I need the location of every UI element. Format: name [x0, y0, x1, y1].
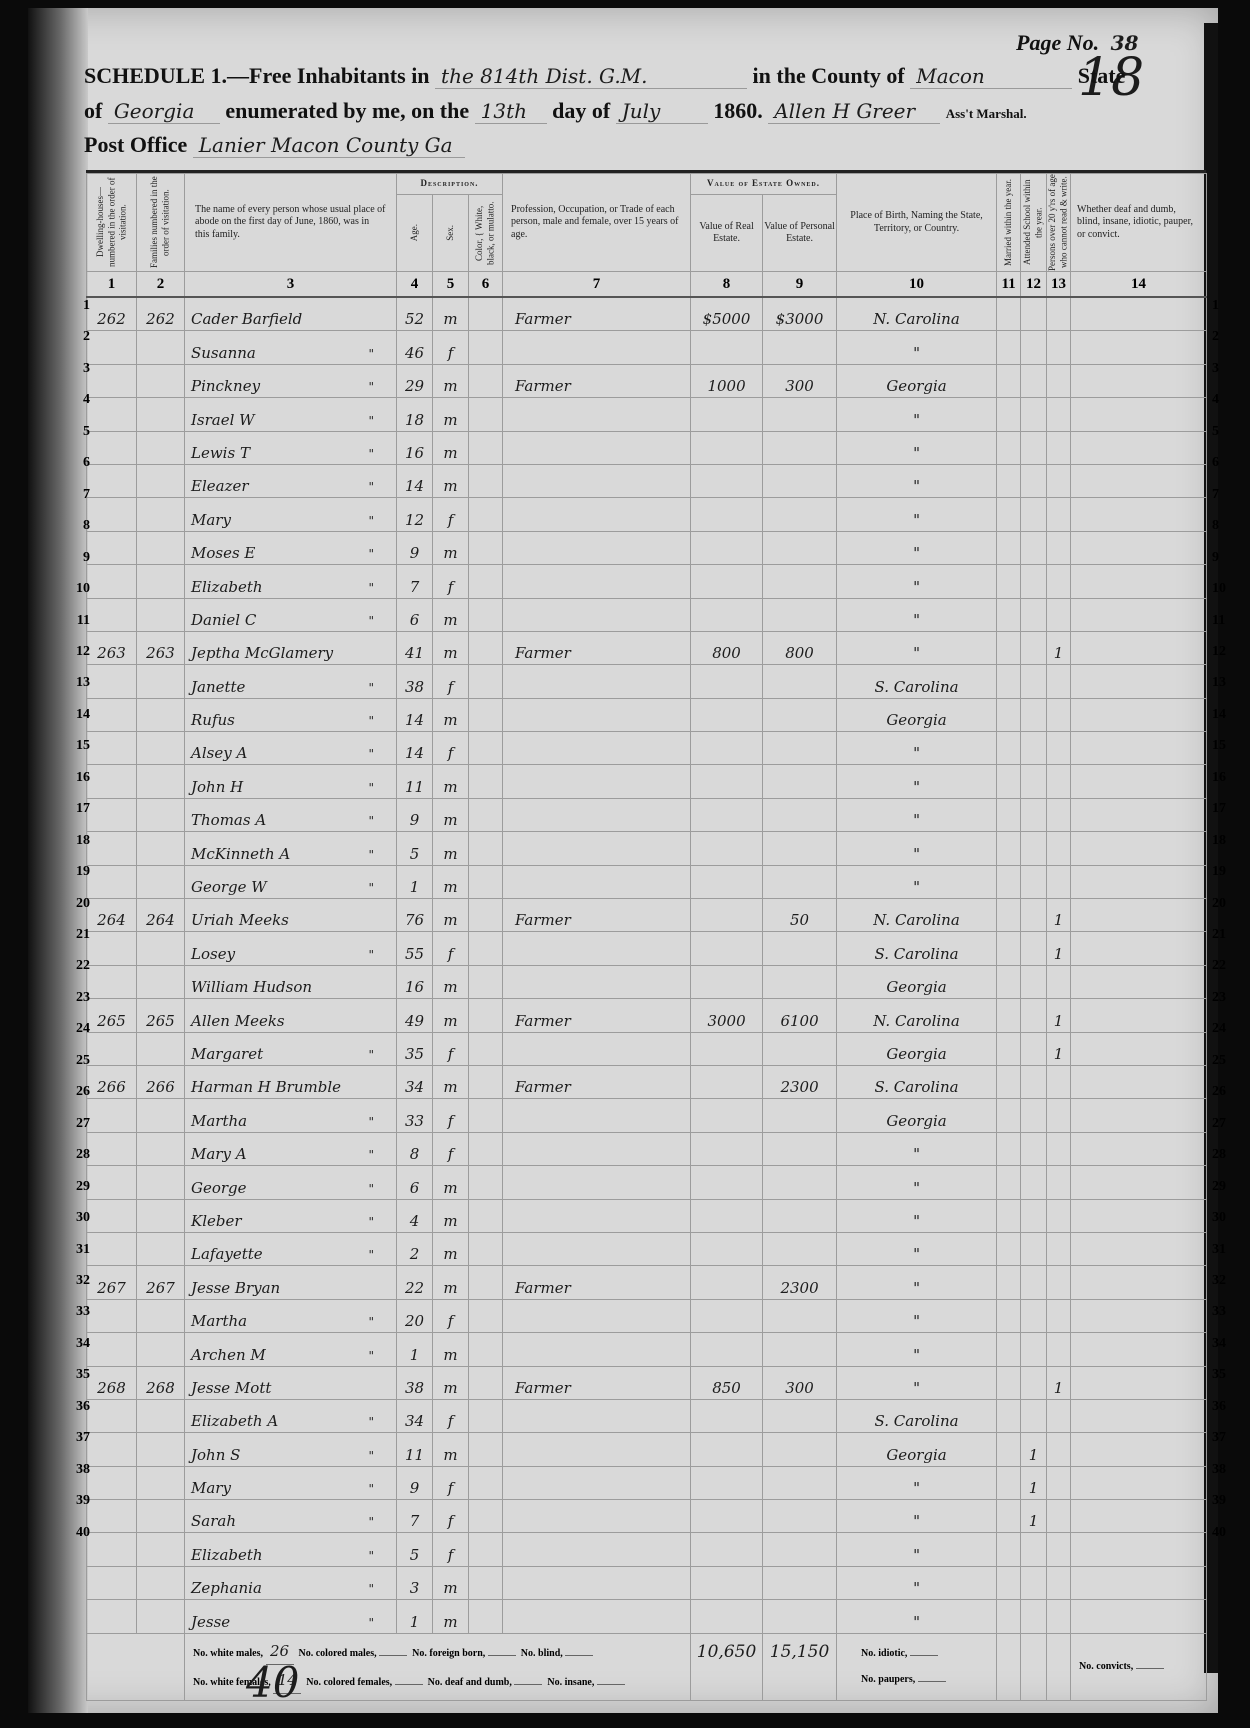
line-number: 28	[66, 1147, 90, 1163]
age: 34	[397, 1065, 433, 1098]
real-estate-value	[691, 1132, 763, 1165]
personal-estate-value	[763, 765, 837, 798]
birthplace: N. Carolina	[837, 297, 997, 331]
age: 14	[397, 464, 433, 497]
line-number: 13	[1212, 675, 1236, 691]
dwelling-number	[87, 431, 137, 464]
person-name: Israel W"	[185, 398, 397, 431]
cannot-read-write	[1047, 798, 1071, 831]
table-row: Mary"9f"1	[87, 1466, 1207, 1499]
line-number: 13	[66, 675, 90, 691]
cannot-read-write	[1047, 765, 1071, 798]
line-number: 20	[1212, 896, 1236, 912]
color	[469, 1533, 503, 1566]
line-number: 4	[1212, 392, 1236, 408]
table-row: Alsey A"14f"	[87, 732, 1207, 765]
color	[469, 798, 503, 831]
color	[469, 364, 503, 397]
cannot-read-write	[1047, 1065, 1071, 1098]
ditto-mark: "	[368, 347, 374, 361]
personal-estate-value	[763, 1433, 837, 1466]
family-number	[137, 464, 185, 497]
table-row: 262262Cader Barfield52mFarmer$5000$3000N…	[87, 297, 1207, 331]
birthplace: "	[837, 431, 997, 464]
age: 8	[397, 1132, 433, 1165]
dwelling-number	[87, 1566, 137, 1599]
real-estate-value: 1000	[691, 364, 763, 397]
line-number: 22	[1212, 958, 1236, 974]
header-real-estate: Value of Real Estate.	[691, 195, 763, 272]
col-num: 4	[397, 272, 433, 298]
line-number: 10	[1212, 581, 1236, 597]
person-name-text: Jesse Mott	[191, 1379, 271, 1397]
ditto-mark: "	[368, 1048, 374, 1062]
occupation: Farmer	[503, 899, 691, 932]
married-within-year	[997, 1032, 1021, 1065]
year-label: 1860.	[713, 98, 763, 123]
disability	[1071, 1132, 1207, 1165]
disability	[1071, 965, 1207, 998]
occupation: Farmer	[503, 297, 691, 331]
occupation	[503, 331, 691, 364]
personal-estate-value	[763, 1600, 837, 1633]
age: 9	[397, 1466, 433, 1499]
real-estate-value	[691, 331, 763, 364]
attended-school	[1021, 965, 1047, 998]
family-number	[137, 765, 185, 798]
person-name: Mary"	[185, 1466, 397, 1499]
cannot-read-write	[1047, 732, 1071, 765]
cannot-read-write	[1047, 1533, 1071, 1566]
occupation: Farmer	[503, 1366, 691, 1399]
sex: m	[433, 899, 469, 932]
table-row: Archen M"1m"	[87, 1333, 1207, 1366]
person-name-text: Mary A	[191, 1145, 247, 1163]
disability	[1071, 498, 1207, 531]
color	[469, 999, 503, 1032]
family-number	[137, 798, 185, 831]
post-office-field: Lanier Macon County Ga	[193, 133, 465, 158]
sex: m	[433, 631, 469, 664]
personal-estate-value	[763, 464, 837, 497]
married-within-year	[997, 732, 1021, 765]
post-office-line: Post Office Lanier Macon County Ga	[84, 132, 465, 158]
dwelling-number	[87, 765, 137, 798]
birthplace: "	[837, 732, 997, 765]
cannot-read-write	[1047, 1466, 1071, 1499]
birthplace: S. Carolina	[837, 665, 997, 698]
line-number: 3	[66, 361, 90, 377]
family-number: 262	[137, 297, 185, 331]
census-table: Dwelling-houses—numbered in the order of…	[86, 170, 1206, 1701]
sex: m	[433, 1366, 469, 1399]
color	[469, 1600, 503, 1633]
line-number: 34	[66, 1336, 90, 1352]
col-num: 6	[469, 272, 503, 298]
color	[469, 1032, 503, 1065]
dwelling-number	[87, 732, 137, 765]
sex: m	[433, 1333, 469, 1366]
age: 41	[397, 631, 433, 664]
attended-school	[1021, 1099, 1047, 1132]
real-estate-value	[691, 464, 763, 497]
census-page: Page No. 38 18 SCHEDULE 1.—Free Inhabita…	[28, 8, 1218, 1713]
dwelling-number: 266	[87, 1065, 137, 1098]
line-number: 17	[66, 801, 90, 817]
family-number	[137, 1600, 185, 1633]
dwelling-number	[87, 398, 137, 431]
attended-school	[1021, 1533, 1047, 1566]
birthplace: "	[837, 464, 997, 497]
age: 35	[397, 1032, 433, 1065]
color	[469, 1333, 503, 1366]
col-num: 12	[1021, 272, 1047, 298]
person-name: Kleber"	[185, 1199, 397, 1232]
age: 18	[397, 398, 433, 431]
line-number: 18	[66, 833, 90, 849]
line-number: 6	[1212, 455, 1236, 471]
line-number: 35	[1212, 1367, 1236, 1383]
line-number: 1	[1212, 298, 1236, 314]
ditto-mark: "	[368, 1215, 374, 1229]
ditto-mark: "	[368, 1115, 374, 1129]
family-number	[137, 565, 185, 598]
married-within-year	[997, 1266, 1021, 1299]
line-number: 15	[66, 738, 90, 754]
age: 2	[397, 1232, 433, 1265]
header-color: Color, { White, black, or mulatto.	[469, 195, 503, 272]
header-illiterate: Persons over 20 y'rs of age who cannot r…	[1047, 174, 1071, 272]
attended-school	[1021, 832, 1047, 865]
person-name-text: Losey	[191, 945, 235, 963]
family-number	[137, 665, 185, 698]
person-name-text: Cader Barfield	[191, 310, 302, 328]
line-number: 36	[66, 1399, 90, 1415]
sex: m	[433, 1600, 469, 1633]
age: 9	[397, 798, 433, 831]
color	[469, 531, 503, 564]
sex: m	[433, 364, 469, 397]
real-estate-value: 3000	[691, 999, 763, 1032]
color	[469, 1566, 503, 1599]
col-num: 2	[137, 272, 185, 298]
line-number: 26	[66, 1084, 90, 1100]
person-name: Uriah Meeks	[185, 899, 397, 932]
person-name: Lewis T"	[185, 431, 397, 464]
sex: m	[433, 431, 469, 464]
line-number: 23	[66, 990, 90, 1006]
person-name-text: Pinckney	[191, 377, 260, 395]
real-estate-value	[691, 1399, 763, 1432]
occupation	[503, 1533, 691, 1566]
age: 38	[397, 1366, 433, 1399]
age: 3	[397, 1566, 433, 1599]
ditto-mark: "	[368, 1315, 374, 1329]
header-school: Attended School within the year.	[1021, 174, 1047, 272]
birthplace: S. Carolina	[837, 932, 997, 965]
age: 14	[397, 698, 433, 731]
occupation	[503, 1232, 691, 1265]
married-within-year	[997, 1466, 1021, 1499]
schedule-line: SCHEDULE 1.—Free Inhabitants in the 814t…	[84, 63, 1125, 89]
ditto-mark: "	[368, 1415, 374, 1429]
person-name: Losey"	[185, 932, 397, 965]
age: 7	[397, 1500, 433, 1533]
person-name: Susanna"	[185, 331, 397, 364]
family-number	[137, 732, 185, 765]
line-number: 8	[1212, 518, 1236, 534]
person-name-text: Mary	[191, 1479, 231, 1497]
age: 29	[397, 364, 433, 397]
table-row: George"6m"	[87, 1166, 1207, 1199]
person-name-text: Uriah Meeks	[191, 911, 289, 929]
birthplace: S. Carolina	[837, 1399, 997, 1432]
person-name-text: Jesse Bryan	[191, 1279, 280, 1297]
ditto-mark: "	[368, 514, 374, 528]
attended-school	[1021, 598, 1047, 631]
line-number: 39	[1212, 1493, 1236, 1509]
married-within-year	[997, 498, 1021, 531]
sex: m	[433, 531, 469, 564]
birthplace: "	[837, 1232, 997, 1265]
attended-school	[1021, 732, 1047, 765]
line-number: 34	[1212, 1336, 1236, 1352]
disability	[1071, 765, 1207, 798]
table-row: Elizabeth"7f"	[87, 565, 1207, 598]
disability	[1071, 932, 1207, 965]
table-row: 263263Jeptha McGlamery41mFarmer800800"1	[87, 631, 1207, 664]
line-number: 16	[66, 770, 90, 786]
family-number	[137, 1466, 185, 1499]
line-number: 38	[1212, 1462, 1236, 1478]
col-num: 14	[1071, 272, 1207, 298]
table-row: Israel W"18m"	[87, 398, 1207, 431]
color	[469, 698, 503, 731]
day-of-label: day of	[552, 98, 610, 123]
age: 4	[397, 1199, 433, 1232]
sex: f	[433, 331, 469, 364]
birthplace: "	[837, 1299, 997, 1332]
ditto-mark: "	[368, 414, 374, 428]
disability	[1071, 398, 1207, 431]
sex: f	[433, 665, 469, 698]
color	[469, 1299, 503, 1332]
disability	[1071, 1166, 1207, 1199]
line-number: 12	[66, 644, 90, 660]
married-within-year	[997, 965, 1021, 998]
ditto-mark: "	[368, 681, 374, 695]
line-number: 8	[66, 518, 90, 534]
total-real-estate: 10,650	[691, 1633, 763, 1700]
dwelling-number	[87, 665, 137, 698]
dwelling-number	[87, 965, 137, 998]
occupation: Farmer	[503, 1266, 691, 1299]
birthplace: "	[837, 798, 997, 831]
attended-school	[1021, 1199, 1047, 1232]
birthplace: "	[837, 832, 997, 865]
personal-estate-value	[763, 1533, 837, 1566]
line-number: 31	[66, 1242, 90, 1258]
line-number: 27	[1212, 1116, 1236, 1132]
line-number: 31	[1212, 1242, 1236, 1258]
occupation: Farmer	[503, 631, 691, 664]
line-number: 3	[1212, 361, 1236, 377]
person-name: Daniel C"	[185, 598, 397, 631]
person-name: John S"	[185, 1433, 397, 1466]
personal-estate-value	[763, 431, 837, 464]
person-name-text: George W	[191, 878, 267, 896]
sex: m	[433, 698, 469, 731]
header-married: Married within the year.	[997, 174, 1021, 272]
header-age: Age.	[397, 195, 433, 272]
table-row: Sarah"7f"1	[87, 1500, 1207, 1533]
binding-edge	[28, 8, 88, 1713]
state-field: Georgia	[108, 99, 220, 124]
ditto-mark: "	[368, 547, 374, 561]
line-number: 27	[66, 1116, 90, 1132]
cannot-read-write: 1	[1047, 932, 1071, 965]
personal-estate-value	[763, 1032, 837, 1065]
color	[469, 865, 503, 898]
cannot-read-write	[1047, 1433, 1071, 1466]
color	[469, 1366, 503, 1399]
disability	[1071, 531, 1207, 564]
person-name-text: Eleazer	[191, 477, 249, 495]
person-name: Zephania"	[185, 1566, 397, 1599]
total-personal-estate: 15,150	[763, 1633, 837, 1700]
table-row: Mary A"8f"	[87, 1132, 1207, 1165]
attended-school	[1021, 698, 1047, 731]
color	[469, 665, 503, 698]
person-name-text: Jesse	[191, 1613, 230, 1631]
dwelling-number	[87, 1433, 137, 1466]
real-estate-value	[691, 932, 763, 965]
line-number: 2	[1212, 329, 1236, 345]
schedule-label: SCHEDULE 1.—Free Inhabitants in	[84, 63, 430, 88]
family-number	[137, 1566, 185, 1599]
personal-estate-value	[763, 732, 837, 765]
age: 20	[397, 1299, 433, 1332]
cannot-read-write	[1047, 698, 1071, 731]
married-within-year	[997, 865, 1021, 898]
person-name-text: Harman H Brumble	[191, 1078, 341, 1096]
person-name: Lafayette"	[185, 1232, 397, 1265]
disability	[1071, 999, 1207, 1032]
cannot-read-write	[1047, 1566, 1071, 1599]
occupation	[503, 1399, 691, 1432]
line-number: 19	[66, 864, 90, 880]
age: 7	[397, 565, 433, 598]
real-estate-value	[691, 1500, 763, 1533]
cannot-read-write	[1047, 297, 1071, 331]
table-row: Martha"33fGeorgia	[87, 1099, 1207, 1132]
attended-school	[1021, 1600, 1047, 1633]
cannot-read-write	[1047, 598, 1071, 631]
table-row: Lewis T"16m"	[87, 431, 1207, 464]
line-number: 2	[66, 329, 90, 345]
person-name: Eleazer"	[185, 464, 397, 497]
cannot-read-write	[1047, 1500, 1071, 1533]
real-estate-value	[691, 965, 763, 998]
disability	[1071, 297, 1207, 331]
ditto-mark: "	[368, 581, 374, 595]
table-row: Martha"20f"	[87, 1299, 1207, 1332]
line-number: 11	[66, 613, 90, 629]
person-name: Sarah"	[185, 1500, 397, 1533]
table-row: Thomas A"9m"	[87, 798, 1207, 831]
table-row: Jesse"1m"	[87, 1600, 1207, 1633]
personal-estate-value	[763, 1466, 837, 1499]
birthplace: "	[837, 398, 997, 431]
family-number	[137, 398, 185, 431]
married-within-year	[997, 297, 1021, 331]
disability	[1071, 431, 1207, 464]
birthplace: "	[837, 1166, 997, 1199]
color	[469, 297, 503, 331]
ditto-mark: "	[368, 948, 374, 962]
married-within-year	[997, 1065, 1021, 1098]
family-number	[137, 1399, 185, 1432]
color	[469, 732, 503, 765]
color	[469, 598, 503, 631]
age: 49	[397, 999, 433, 1032]
person-name: John H"	[185, 765, 397, 798]
occupation	[503, 1600, 691, 1633]
col-num: 5	[433, 272, 469, 298]
occupation	[503, 665, 691, 698]
county-label: in the County of	[753, 63, 905, 88]
dwelling-number	[87, 1132, 137, 1165]
birthplace: S. Carolina	[837, 1065, 997, 1098]
age: 6	[397, 598, 433, 631]
person-name: Archen M"	[185, 1333, 397, 1366]
attended-school	[1021, 431, 1047, 464]
family-number	[137, 1166, 185, 1199]
occupation	[503, 464, 691, 497]
personal-estate-value	[763, 932, 837, 965]
table-row: Lafayette"2m"	[87, 1232, 1207, 1265]
cannot-read-write	[1047, 832, 1071, 865]
line-number: 36	[1212, 1399, 1236, 1415]
ditto-mark: "	[368, 1349, 374, 1363]
person-name-text: Elizabeth	[191, 578, 263, 596]
sex: f	[433, 1399, 469, 1432]
personal-estate-value	[763, 865, 837, 898]
ditto-mark: "	[368, 881, 374, 895]
person-name-text: Elizabeth	[191, 1546, 263, 1564]
birthplace: "	[837, 1600, 997, 1633]
attended-school	[1021, 531, 1047, 564]
person-name-text: Kleber	[191, 1212, 242, 1230]
header-name: The name of every person whose usual pla…	[185, 174, 397, 272]
table-row: Rufus"14mGeorgia	[87, 698, 1207, 731]
age: 1	[397, 1333, 433, 1366]
disability	[1071, 1099, 1207, 1132]
age: 33	[397, 1099, 433, 1132]
person-name: George W"	[185, 865, 397, 898]
disability	[1071, 1065, 1207, 1098]
person-name-text: George	[191, 1179, 247, 1197]
cannot-read-write	[1047, 1600, 1071, 1633]
color	[469, 631, 503, 664]
real-estate-value	[691, 899, 763, 932]
month-field: July	[616, 99, 708, 124]
sex: m	[433, 1566, 469, 1599]
person-name-text: Susanna	[191, 344, 256, 362]
real-estate-value	[691, 1600, 763, 1633]
cannot-read-write: 1	[1047, 899, 1071, 932]
cannot-read-write: 1	[1047, 631, 1071, 664]
